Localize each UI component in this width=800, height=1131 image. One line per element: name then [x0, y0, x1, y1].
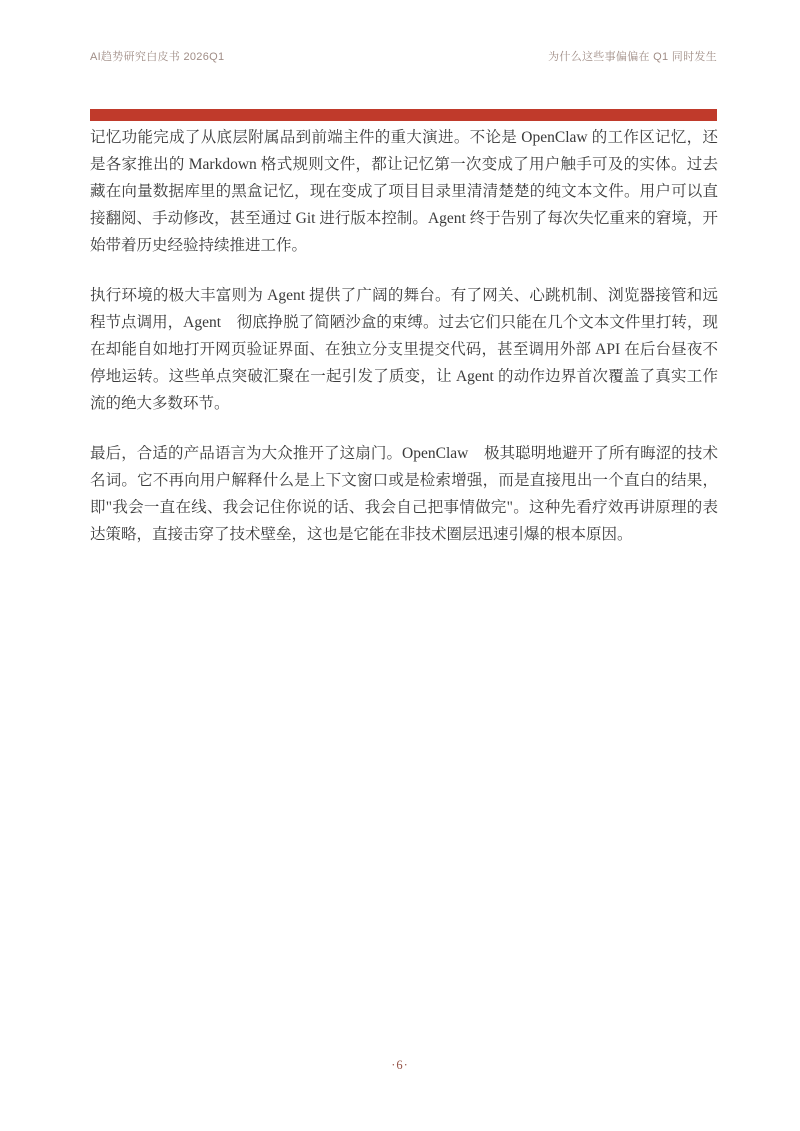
document-body: 记忆功能完成了从底层附属品到前端主件的重大演进。不论是 OpenClaw 的工作… — [90, 124, 718, 571]
document-page: AI趋势研究白皮书 2026Q1 为什么这些事偏偏在 Q1 同时发生 记忆功能完… — [0, 0, 800, 1131]
paragraph-execution-environment: 执行环境的极大丰富则为 Agent 提供了广阔的舞台。有了网关、心跳机制、浏览器… — [90, 282, 718, 417]
page-header: AI趋势研究白皮书 2026Q1 为什么这些事偏偏在 Q1 同时发生 — [90, 48, 717, 64]
paragraph-memory-evolution: 记忆功能完成了从底层附属品到前端主件的重大演进。不论是 OpenClaw 的工作… — [90, 124, 718, 259]
header-right-title: 为什么这些事偏偏在 Q1 同时发生 — [548, 48, 717, 64]
paragraph-product-language: 最后，合适的产品语言为大众推开了这扇门。OpenClaw 极其聪明地避开了所有晦… — [90, 440, 718, 548]
page-number: ·6· — [391, 1058, 409, 1072]
accent-bar — [90, 109, 717, 121]
header-left-title: AI趋势研究白皮书 2026Q1 — [90, 48, 224, 64]
page-footer: ·6· — [0, 1058, 800, 1073]
